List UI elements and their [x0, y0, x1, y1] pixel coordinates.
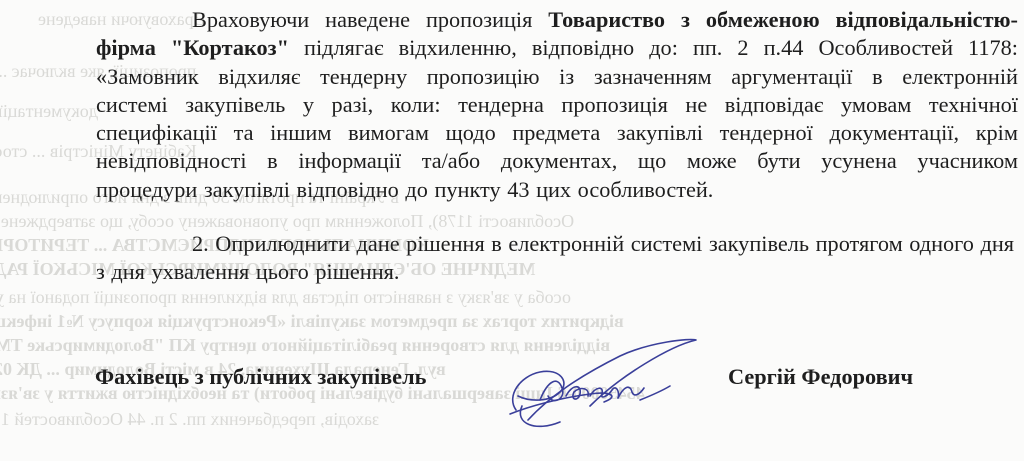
text-run: Враховуючи наведене пропозиція: [192, 7, 548, 32]
paragraph-line: невідповідності в інформації та/або доку…: [96, 147, 1018, 175]
paragraph-line: процедури закупівлі відповідно до пункту…: [96, 176, 1018, 204]
paragraph-line: «Замовник відхиляє тендерну пропозицію і…: [96, 63, 1018, 91]
signer-role: Фахівець з публічних закупівель: [95, 364, 426, 390]
paragraph-line: системі закупівель у разі, коли: тендерн…: [96, 91, 1018, 119]
rejection-paragraph: Враховуючи наведене пропозиція Товариств…: [96, 6, 1018, 204]
paragraph-line: 2. Оприлюднити дане рішення в електронні…: [96, 230, 1018, 258]
document-page: Враховуючи наведене пропозиція Товариств…: [0, 0, 1024, 461]
paragraph-line: з дня ухвалення цього рішення.: [96, 258, 1018, 286]
handwritten-signature-icon: [500, 336, 715, 436]
text-run: підлягає відхиленню, відповідно до: пп. …: [289, 35, 1018, 60]
company-name-bold: Товариство з обмеженою відповідальністю-: [548, 7, 1018, 32]
company-name-bold: фірма "Кортакоз": [96, 35, 289, 60]
paragraph-line: специфікації та іншим вимогам щодо предм…: [96, 119, 1018, 147]
signer-name: Сергій Федорович: [728, 364, 913, 390]
paragraph-line: Враховуючи наведене пропозиція Товариств…: [96, 6, 1018, 34]
paragraph-line: фірма "Кортакоз" підлягає відхиленню, ві…: [96, 34, 1018, 62]
publish-decision-paragraph: 2. Оприлюднити дане рішення в електронні…: [96, 230, 1018, 287]
